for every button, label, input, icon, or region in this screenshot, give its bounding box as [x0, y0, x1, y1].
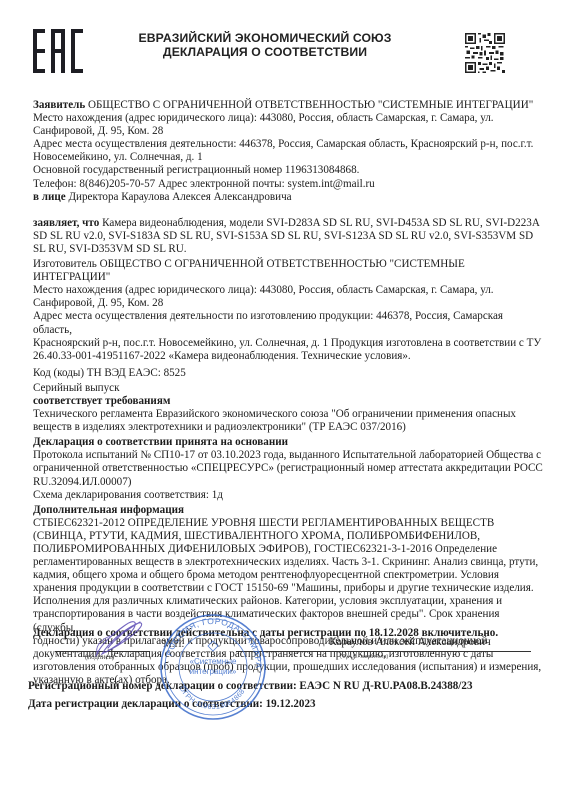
declares-label: заявляет, что: [33, 217, 99, 229]
manufacturer-name: Изготовитель ОБЩЕСТВО С ОГРАНИЧЕННОЙ ОТВ…: [33, 258, 543, 271]
manufacturer-spec: 26.40.33-001-41951167-2022 «Камера видео…: [33, 350, 543, 363]
union-title: ЕВРАЗИЙСКИЙ ЭКОНОМИЧЕСКИЙ СОЮЗ: [120, 31, 410, 45]
represented-label: в лице: [33, 191, 66, 203]
manufacturer-legal-address-cont: Санфировой, Д. 95, Ком. 28: [33, 297, 543, 310]
signature-icon: [88, 618, 148, 658]
applicant-name: ОБЩЕСТВО С ОГРАНИЧЕННОЙ ОТВЕТСТВЕННОСТЬЮ…: [88, 99, 533, 111]
additional-info-line: регламентированных веществ в электротехн…: [33, 556, 543, 569]
additional-info-line: ПОЛИБРОМИРОВАННЫХ ДИФЕНИЛОВЫХ ЭФИРОВ), Г…: [33, 543, 543, 556]
additional-info-line: СТБIEC62321-2012 ОПРЕДЕЛЕНИЕ УРОВНЯ ШЕСТ…: [33, 517, 543, 530]
svg-text:ОГРН 1196313084868: ОГРН 1196313084868: [178, 685, 247, 711]
signer-caption: (Ф.И.О. заявителя): [340, 654, 388, 660]
basis-section: Декларация о соответствии принята на осн…: [33, 436, 543, 501]
signer-name-line: [236, 651, 531, 652]
manufacturer-production-address: Адрес места осуществления деятельности п…: [33, 310, 543, 336]
basis-protocol: Протокола испытаний № СП10-17 от 03.10.2…: [33, 449, 543, 462]
represented-by: Директора Караулова Алексея Александрови…: [68, 191, 291, 203]
eac-logo-icon: [33, 29, 83, 73]
hs-code: Код (коды) ТН ВЭД ЕАЭС: 8525: [33, 367, 543, 380]
declares-section: заявляет, что Камера видеонаблюдения, мо…: [33, 217, 543, 256]
additional-info-line: (СВИНЦА, РТУТИ, КАДМИЯ, ШЕСТИВАЛЕНТНОГО …: [33, 530, 543, 543]
additional-info-label: Дополнительная информация: [33, 504, 184, 516]
applicant-legal-address: Место нахождения (адрес юридического лиц…: [33, 112, 543, 125]
additional-info-line: изготовления отобранных образцов (проб) …: [33, 661, 543, 674]
requirements-section: соответствует требованиям Технического р…: [33, 395, 543, 434]
requirements-label: соответствует требованиям: [33, 395, 170, 407]
product-models: Камера видеонаблюдения, модели SVI-D283A…: [102, 217, 540, 229]
requirements-text: Технического регламента Евразийского эко…: [33, 408, 543, 421]
manufacturer-legal-address: Место нахождения (адрес юридического лиц…: [33, 284, 543, 297]
additional-info-line: Исполнения для различных климатических р…: [33, 595, 543, 608]
signer-name: Караулов Алексей Александрович: [290, 636, 530, 648]
applicant-activity-address: Адрес места осуществления деятельности: …: [33, 138, 543, 151]
applicant-label: Заявитель: [33, 99, 85, 111]
additional-info-line: кадмия, общего хрома и общего брома мето…: [33, 569, 543, 582]
qr-code-icon[interactable]: [465, 33, 505, 73]
applicant-section: Заявитель ОБЩЕСТВО С ОГРАНИЧЕННОЙ ОТВЕТС…: [33, 99, 543, 204]
basis-protocol-cont-2: RU.32094.ИЛ.00007): [33, 476, 543, 489]
product-models-cont-1: SD SL RU v2.0, SVI-S183A SD SL RU, SVI-S…: [33, 230, 543, 243]
svg-text:«Системные: «Системные: [190, 657, 237, 666]
declaration-body: Заявитель ОБЩЕСТВО С ОГРАНИЧЕННОЙ ОТВЕТС…: [33, 99, 543, 687]
manufacturer-section: Изготовитель ОБЩЕСТВО С ОГРАНИЧЕННОЙ ОТВ…: [33, 258, 543, 363]
applicant-ogrn: Основной государственный регистрационный…: [33, 164, 543, 177]
company-stamp-icon: РОССИЯ, ГОРОДА САМАРА ОГРН 1196313084868…: [158, 612, 268, 722]
manufacturer-production-address-cont: Красноярский р-н, пос.г.т. Новосемейкино…: [33, 337, 543, 350]
requirements-text-cont: веществ в изделиях электротехники и ради…: [33, 421, 543, 434]
product-models-cont-2: SL RU, SVI-D353VM SD SL RU.: [33, 243, 543, 256]
declaration-scheme: Схема декларирования соответствия: 1д: [33, 489, 543, 502]
svg-text:интеграции»: интеграции»: [190, 667, 237, 676]
applicant-legal-address-cont: Санфировой, Д. 95, Ком. 28: [33, 125, 543, 138]
basis-protocol-cont-1: ограниченной ответственностью «СПЕЦРЕСУР…: [33, 462, 543, 475]
applicant-activity-address-cont: Новосемейкино, ул. Солнечная, д. 1: [33, 151, 543, 164]
manufacturer-name-cont: ИНТЕГРАЦИИ": [33, 271, 543, 284]
declaration-page: ЕВРАЗИЙСКИЙ ЭКОНОМИЧЕСКИЙ СОЮЗ ДЕКЛАРАЦИ…: [0, 0, 565, 800]
document-header: ЕВРАЗИЙСКИЙ ЭКОНОМИЧЕСКИЙ СОЮЗ ДЕКЛАРАЦИ…: [120, 31, 410, 59]
basis-label: Декларация о соответствии принята на осн…: [33, 436, 288, 448]
document-title: ДЕКЛАРАЦИЯ О СООТВЕТСТВИИ: [120, 45, 410, 59]
production-type: Серийный выпуск: [33, 382, 543, 395]
additional-info-line: хранения продукции в соответствии с ГОСТ…: [33, 582, 543, 595]
applicant-contacts: Телефон: 8(846)205-70-57 Адрес электронн…: [33, 178, 543, 191]
